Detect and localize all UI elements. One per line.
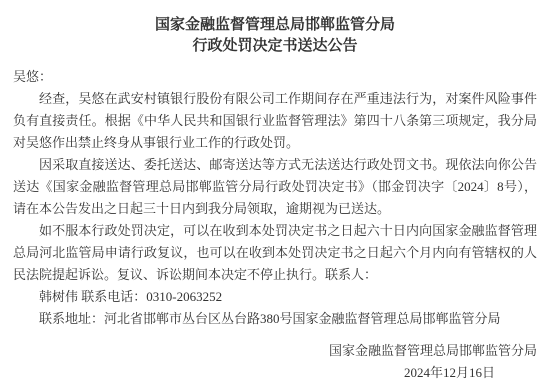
contact-address-line: 联系地址：河北省邯郸市丛台区丛台路380号国家金融监督管理总局邯郸监管分局 [13, 308, 537, 330]
signature-organization: 国家金融监督管理总局邯郸监管分局 [13, 340, 537, 362]
signature-block: 国家金融监督管理总局邯郸监管分局 2024年12月16日 [13, 340, 537, 384]
paragraph-appeal-rights: 如不服本行政处罚决定，可以在收到本处罚决定书之日起六十日内向国家金融监督管理总局… [13, 220, 537, 286]
paragraph-delivery-notice: 因采取直接送达、委托送达、邮寄送达等方式无法送达行政处罚文书。现依法向你公告送达… [13, 154, 537, 220]
document-title: 国家金融监督管理总局邯郸监管分局 行政处罚决定书送达公告 [13, 14, 537, 56]
title-line-announcement: 行政处罚决定书送达公告 [13, 35, 537, 56]
document-body: 吴悠： 经查，吴悠在武安村镇银行股份有限公司工作期间存在严重违法行为，对案件风险… [13, 66, 537, 330]
addressee: 吴悠： [13, 66, 537, 88]
paragraph-violation-and-penalty: 经查，吴悠在武安村镇银行股份有限公司工作期间存在严重违法行为，对案件风险事件负有… [13, 88, 537, 154]
penalty-announcement-document: 国家金融监督管理总局邯郸监管分局 行政处罚决定书送达公告 吴悠： 经查，吴悠在武… [0, 0, 550, 386]
contact-person-line: 韩树伟 联系电话：0310-2063252 [13, 286, 537, 308]
signature-date: 2024年12月16日 [13, 362, 537, 384]
title-line-authority: 国家金融监督管理总局邯郸监管分局 [13, 14, 537, 35]
